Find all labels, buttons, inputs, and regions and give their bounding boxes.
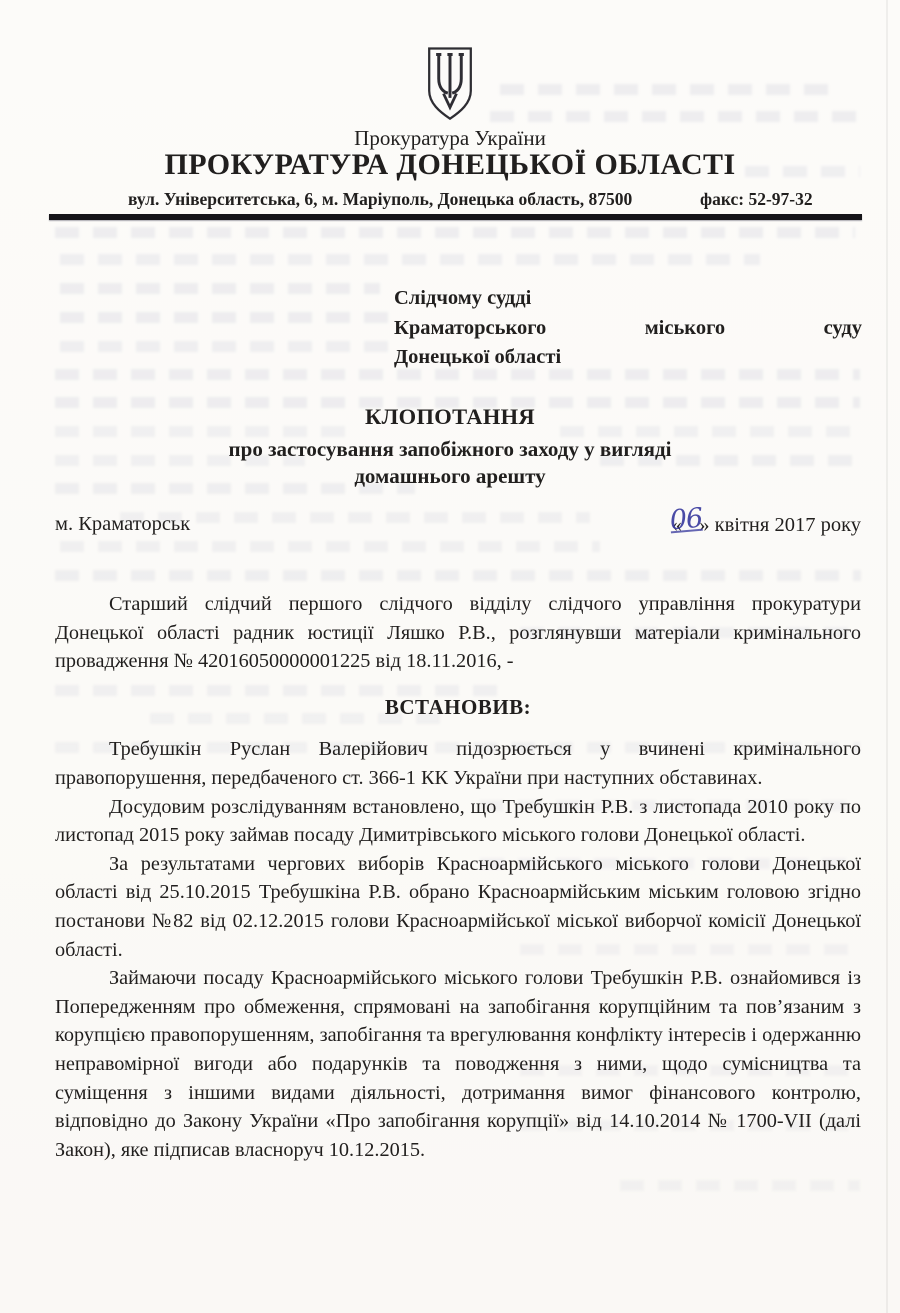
document-subtitle: про застосування запобіжного заходу у ви… [0, 436, 900, 463]
addressee-block: Слідчому судді Краматорського міського с… [394, 284, 862, 373]
bleedthrough-mark [60, 541, 600, 552]
addressee-word: Краматорського [394, 314, 546, 344]
bleedthrough-mark [55, 570, 861, 581]
ukraine-trident-emblem [424, 44, 476, 129]
bleedthrough-mark [500, 84, 840, 95]
bleedthrough-mark [60, 283, 380, 294]
addressee-line: Краматорського міського суду [394, 314, 862, 344]
addressee-line: Донецької області [394, 343, 862, 373]
date-group: «06» квітня 2017 року [672, 513, 861, 537]
body-paragraph: За результатами чергових виборів Красноа… [55, 850, 861, 964]
bleedthrough-mark [490, 111, 860, 122]
org-fax: факс: 52-97-32 [700, 189, 813, 210]
place-date-row: м. Краматорськ «06» квітня 2017 року [55, 513, 861, 537]
bleedthrough-mark [60, 312, 390, 323]
org-address: вул. Університетська, 6, м. Маріуполь, Д… [128, 189, 632, 210]
addressee-word: міського [645, 314, 725, 344]
resolution-heading: ВСТАНОВИВ: [55, 693, 861, 722]
header-divider-rule [49, 214, 862, 220]
addressee-line: Слідчому судді [394, 284, 862, 314]
date-text: квітня 2017 року [710, 514, 862, 536]
addressee-word: суду [824, 314, 862, 344]
body-paragraph: Досудовим розслідуванням встановлено, що… [55, 793, 861, 850]
intro-paragraph: Старший слідчий першого слідчого відділу… [55, 590, 861, 676]
place-label: м. Краматорськ [55, 513, 190, 537]
scan-edge-shadow [886, 0, 888, 1313]
org-title: ПРОКУРАТУРА ДОНЕЦЬКОЇ ОБЛАСТІ [0, 148, 900, 182]
document-title: КЛОПОТАННЯ [0, 404, 900, 430]
bleedthrough-mark [55, 227, 855, 238]
bleedthrough-mark [620, 1180, 860, 1191]
body-paragraph: Займаючи посаду Красноармійського місько… [55, 964, 861, 1164]
handwritten-day: 06 [669, 509, 703, 534]
body-paragraph: Требушкін Руслан Валерійович підозрюєтьс… [55, 735, 861, 792]
bleedthrough-mark [60, 254, 760, 265]
document-body: Старший слідчий першого слідчого відділу… [55, 590, 861, 1164]
document-subtitle: домашнього арешту [0, 463, 900, 490]
scanned-document-page: Прокуратура України ПРОКУРАТУРА ДОНЕЦЬКО… [0, 0, 900, 1313]
document-title-block: КЛОПОТАННЯ про застосування запобіжного … [0, 404, 900, 490]
bleedthrough-mark [60, 341, 390, 352]
